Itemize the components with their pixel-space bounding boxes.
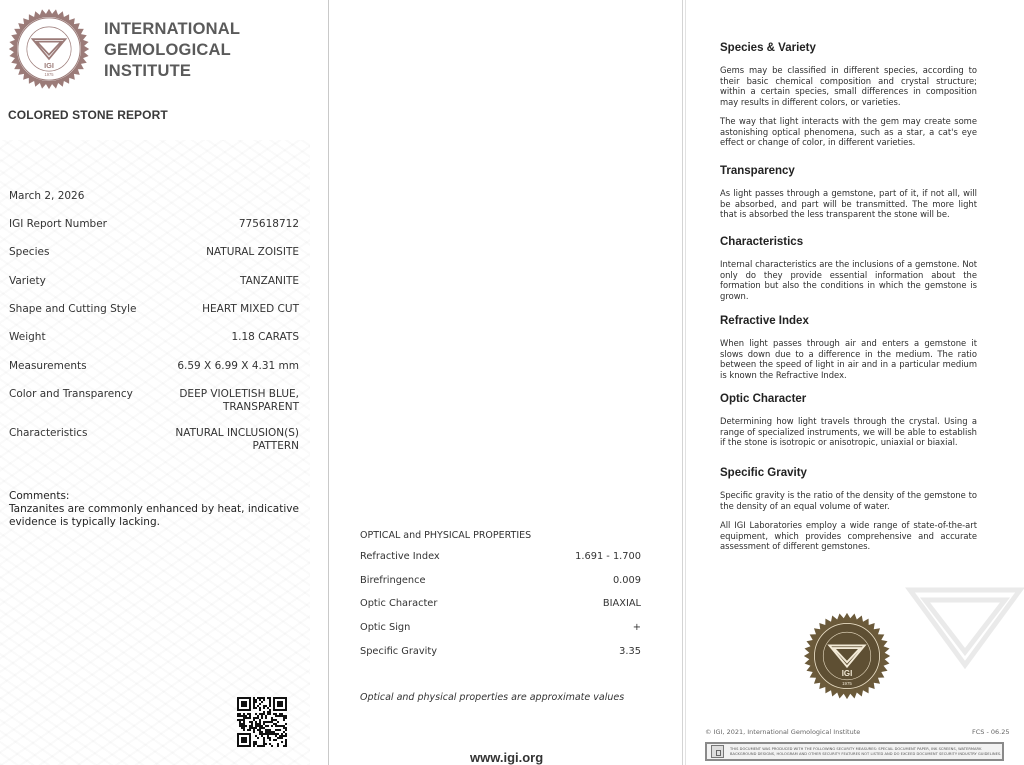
glossary-text: All IGI Laboratories employ a wide range… [720, 520, 977, 552]
field-value-line: PATTERN [175, 440, 299, 453]
field-value-line: DEEP VIOLETISH BLUE, [179, 388, 299, 401]
document-lock-icon [711, 745, 724, 758]
glossary-text: Determining how light travels through th… [720, 416, 977, 448]
glossary-refractive-index: Refractive Index When light passes throu… [720, 315, 977, 389]
field-value: TANZANITE [240, 275, 299, 288]
igi-seal-icon: IGI 1975 [8, 8, 90, 90]
form-code: FCS - 06.25 [972, 728, 1010, 736]
glossary-optic-character: Optic Character Determining how light tr… [720, 393, 977, 457]
glossary-text: The way that light interacts with the ge… [720, 116, 977, 148]
field-label: Weight [9, 331, 46, 343]
glossary-text: Internal characteristics are the inclusi… [720, 259, 977, 301]
org-name-line: GEMOLOGICAL [104, 40, 240, 61]
optical-label: Birefringence [360, 575, 426, 586]
field-label: Color and Transparency [9, 388, 133, 400]
optical-value: + [633, 622, 641, 633]
glossary-characteristics: Characteristics Internal characteristics… [720, 236, 977, 310]
svg-text:IGI: IGI [842, 669, 853, 678]
report-title: COLORED STONE REPORT [8, 108, 168, 122]
optical-note: Optical and physical properties are appr… [360, 692, 624, 703]
comments-label: Comments: [9, 490, 309, 503]
glossary-transparency: Transparency As light passes through a g… [720, 165, 977, 229]
igi-gold-seal-icon: IGI 1975 [803, 612, 891, 700]
report-date: March 2, 2026 [9, 190, 84, 202]
org-name-line: INSTITUTE [104, 61, 240, 82]
field-value: DEEP VIOLETISH BLUE, TRANSPARENT [179, 388, 299, 414]
comments-block: Comments: Tanzanites are commonly enhanc… [9, 490, 309, 529]
glossary-heading: Species & Variety [720, 42, 977, 54]
optical-label: Specific Gravity [360, 646, 437, 657]
optical-label: Optic Sign [360, 622, 410, 633]
optical-label: Refractive Index [360, 551, 440, 562]
field-value: NATURAL ZOISITE [206, 246, 299, 259]
optical-value: 3.35 [619, 646, 641, 657]
field-value: NATURAL INCLUSION(S) PATTERN [175, 427, 299, 453]
field-value-line: TRANSPARENT [179, 401, 299, 414]
glossary-heading: Characteristics [720, 236, 977, 248]
field-label: Species [9, 246, 49, 258]
optical-value: BIAXIAL [603, 598, 641, 609]
field-label: Characteristics [9, 427, 88, 439]
fold-divider [328, 0, 329, 765]
field-value: 6.59 X 6.99 X 4.31 mm [177, 360, 299, 373]
fold-divider [682, 0, 683, 765]
glossary-heading: Specific Gravity [720, 467, 977, 479]
comments-text: Tanzanites are commonly enhanced by heat… [9, 503, 309, 529]
glossary-text: When light passes through air and enters… [720, 338, 977, 380]
field-value-line: NATURAL INCLUSION(S) [175, 427, 299, 440]
glossary-text: Specific gravity is the ratio of the den… [720, 490, 977, 511]
field-value: 775618712 [239, 218, 299, 231]
website-link[interactable]: www.igi.org [470, 750, 543, 765]
fold-divider [685, 0, 686, 765]
glossary-text: As light passes through a gemstone, part… [720, 188, 977, 220]
glossary-heading: Optic Character [720, 393, 977, 405]
svg-text:IGI: IGI [44, 61, 54, 70]
security-notice: THIS DOCUMENT WAS PRODUCED WITH THE FOLL… [705, 742, 1004, 761]
copyright-text: © IGI, 2021, International Gemological I… [705, 728, 860, 736]
qr-code-icon[interactable] [237, 697, 287, 747]
org-name-line: INTERNATIONAL [104, 19, 240, 40]
glossary-heading: Refractive Index [720, 315, 977, 327]
glossary-text: Gems may be classified in different spec… [720, 65, 977, 107]
glossary-species-variety: Species & Variety Gems may be classified… [720, 42, 977, 157]
optical-value: 0.009 [613, 575, 641, 586]
optical-label: Optic Character [360, 598, 437, 609]
optical-value: 1.691 - 1.700 [575, 551, 641, 562]
svg-text:1975: 1975 [44, 72, 54, 77]
field-label: Variety [9, 275, 46, 287]
svg-text:1975: 1975 [842, 681, 852, 686]
glossary-specific-gravity: Specific Gravity Specific gravity is the… [720, 467, 977, 561]
field-label: Measurements [9, 360, 87, 372]
field-label: IGI Report Number [9, 218, 107, 230]
field-value: HEART MIXED CUT [202, 303, 299, 316]
org-name: INTERNATIONAL GEMOLOGICAL INSTITUTE [104, 19, 240, 82]
diamond-watermark-icon [905, 570, 1024, 720]
field-value: 1.18 CARATS [231, 331, 299, 344]
security-notice-text: THIS DOCUMENT WAS PRODUCED WITH THE FOLL… [730, 747, 1002, 757]
field-label: Shape and Cutting Style [9, 303, 136, 315]
optical-properties-title: OPTICAL and PHYSICAL PROPERTIES [360, 530, 531, 541]
glossary-heading: Transparency [720, 165, 977, 177]
